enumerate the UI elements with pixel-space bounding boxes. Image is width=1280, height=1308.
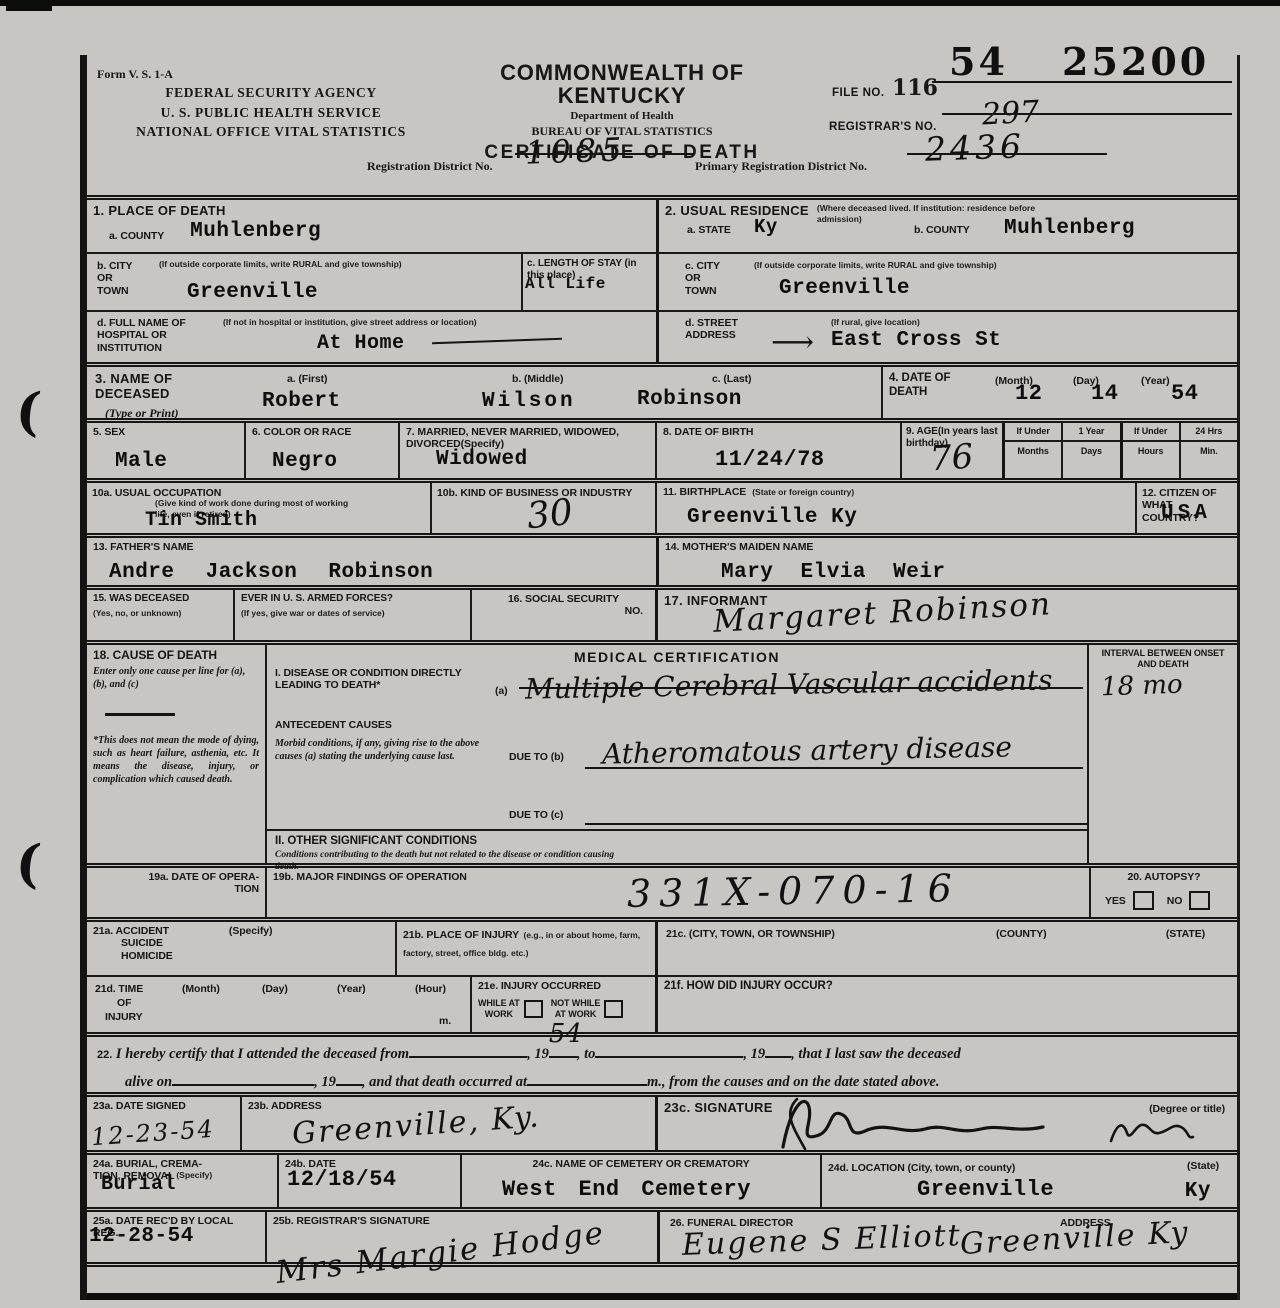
- sex-label: 5. SEX: [93, 426, 238, 438]
- registrar-check-mark: (: [13, 385, 43, 439]
- date-operation-label-l1: 19a. DATE OF OPERA-: [93, 871, 259, 883]
- not-while-at-work-l1: NOT WHILE: [551, 998, 601, 1009]
- cause-b-value: Atheromatous artery disease: [602, 733, 1012, 768]
- cause-b-line: [585, 767, 1083, 769]
- row-place-residence-top: 1. PLACE OF DEATH a. COUNTY Muhlenberg 2…: [87, 195, 1237, 252]
- funeral-director-value: Eugene S Elliott: [682, 1221, 963, 1261]
- ssn-label-l1: 16. SOCIAL SECURITY: [478, 593, 649, 605]
- first-name-value: Robert: [262, 391, 341, 412]
- interval-a-value: 18 mo: [1101, 672, 1184, 701]
- registration-district-label: Registration District No.: [367, 159, 493, 173]
- first-name-label: a. (First): [287, 373, 327, 385]
- injury-hour-label: (Hour): [415, 983, 446, 995]
- age-m1: Months: [1005, 442, 1061, 457]
- row-operation: 19a. DATE OF OPERA- TION 19b. MAJOR FIND…: [87, 863, 1237, 917]
- residence-county-label: b. COUNTY: [914, 224, 970, 236]
- accident-note: (Specify): [229, 925, 272, 937]
- row-physician: 23a. DATE SIGNED 12-23-54 23b. ADDRESS G…: [87, 1092, 1237, 1150]
- age-subcol-days: 1 Year Days: [1061, 423, 1119, 478]
- antecedent-note: Morbid conditions, if any, giving rise t…: [275, 737, 487, 763]
- injury-city-label: 21c. (CITY, TOWN, OR TOWNSHIP): [666, 928, 835, 940]
- major-findings-value: 331X-070-16: [627, 869, 960, 913]
- field-cemetery-location: 24d. LOCATION (City, town, or county) (S…: [820, 1155, 1237, 1207]
- disease-condition-label: I. DISEASE OR CONDITION DIRECTLY LEADING…: [275, 667, 490, 692]
- death-year-value: 54: [1171, 383, 1198, 405]
- injury-county-label: (COUNTY): [996, 928, 1047, 940]
- sex-value: Male: [115, 451, 167, 472]
- blank-line: [527, 1069, 647, 1086]
- date-of-birth-label: 8. DATE OF BIRTH: [663, 426, 894, 438]
- last-name-value: Robinson: [637, 389, 742, 410]
- field-armed-forces: EVER IN U. S. ARMED FORCES? (If yes, giv…: [233, 590, 470, 640]
- field-sex: 5. SEX Male: [87, 423, 244, 478]
- certificate-form: Form V. S. 1-A FEDERAL SECURITY AGENCY U…: [80, 55, 1240, 1300]
- age-subcol-months: If Under Months: [1005, 423, 1061, 478]
- field-kind-of-business: 10b. KIND OF BUSINESS OR INDUSTRY 30: [430, 483, 655, 533]
- age-subcol-hours: If Under Hours: [1120, 423, 1179, 478]
- field-death-city: b. CITY OR TOWN (If outside corporate li…: [87, 254, 521, 310]
- row-hospital-street: d. FULL NAME OF HOSPITAL OR INSTITUTION …: [87, 310, 1237, 362]
- field-cause-of-death-column: 18. CAUSE OF DEATH Enter only one cause …: [87, 645, 265, 863]
- residence-state-value: Ky: [754, 218, 778, 237]
- field-autopsy: 20. AUTOPSY? YES NO: [1089, 868, 1237, 917]
- divider-line: [105, 713, 175, 716]
- injury-day-label: (Day): [262, 983, 288, 995]
- residence-city-label: c. CITY OR TOWN: [685, 260, 729, 297]
- medical-certification-title: MEDICAL CERTIFICATION: [267, 649, 1087, 666]
- due-to-b-label: DUE TO (b): [509, 751, 564, 763]
- field-informant: 17. INFORMANT Margaret Robinson: [655, 590, 1237, 640]
- usual-residence-label: 2. USUAL RESIDENCE: [665, 203, 809, 224]
- injury-state-label: (STATE): [1166, 928, 1205, 940]
- name-label: 3. NAME OF DECEASED: [95, 371, 245, 402]
- form-header: Form V. S. 1-A FEDERAL SECURITY AGENCY U…: [87, 55, 1237, 195]
- birthplace-note: (State or foreign country): [752, 486, 854, 498]
- blank-line: [595, 1041, 743, 1058]
- agency-line-3: NATIONAL OFFICE VITAL STATISTICS: [101, 122, 441, 142]
- field-burial-date: 24b. DATE 12/18/54: [277, 1155, 460, 1207]
- blank-line: [336, 1069, 362, 1086]
- time-injury-label-l1: 21d. TIME: [95, 983, 143, 995]
- field-was-deceased: 15. WAS DECEASED (Yes, no, or unknown): [87, 590, 233, 640]
- field-date-of-birth: 8. DATE OF BIRTH 11/24/78: [655, 423, 900, 478]
- cause-a-tag: (a): [495, 685, 508, 697]
- cemetery-location-value: Greenville: [917, 1179, 1054, 1201]
- medical-certification-body: MEDICAL CERTIFICATION I. DISEASE OR COND…: [265, 645, 1087, 863]
- field-place-of-injury: 21b. PLACE OF INJURY (e.g., in or about …: [395, 922, 655, 975]
- hospital-value-line: [432, 338, 562, 345]
- field-place-of-death: 1. PLACE OF DEATH a. COUNTY Muhlenberg: [87, 200, 656, 252]
- statement-number: 22.: [97, 1049, 112, 1061]
- citizen-value: USA: [1161, 503, 1211, 524]
- field-date-received: 25a. DATE REC'D BY LOCAL REG. 12-28-54: [87, 1212, 265, 1262]
- department-line: Department of Health: [447, 110, 797, 123]
- hand-arrow: ⟶: [771, 328, 814, 358]
- residence-state-label: a. STATE: [687, 224, 731, 236]
- middle-name-value: Wilson: [482, 391, 576, 412]
- field-fathers-name: 13. FATHER'S NAME Andre Jackson Robinson: [87, 538, 656, 585]
- age-m3: Hours: [1123, 442, 1179, 457]
- injury-month-label: (Month): [182, 983, 220, 995]
- age-m4: Min.: [1181, 442, 1237, 457]
- registrar-no-line: [942, 113, 1232, 115]
- scan-blob-artifact: [6, 0, 52, 11]
- street-address-value: East Cross St: [831, 330, 1001, 351]
- accident-label-l1: 21a. ACCIDENT: [93, 925, 169, 937]
- scan-edge-artifact: [0, 0, 1280, 6]
- hospital-note: (If not in hospital or institution, give…: [223, 317, 623, 328]
- field-marital-status: 7. MARRIED, NEVER MARRIED, WIDOWED, DIVO…: [398, 423, 655, 478]
- not-while-at-work-checkbox: [604, 1000, 623, 1018]
- date-signed-value: 12-23-54: [90, 1117, 215, 1150]
- was-deceased-note: (Yes, no, or unknown): [93, 608, 227, 619]
- row-injury-bottom: 21d. TIME OF INJURY (Month) (Day) (Year)…: [87, 975, 1237, 1032]
- residence-city-value: Greenville: [779, 278, 910, 299]
- age-h1: If Under: [1005, 423, 1061, 442]
- field-registrar-signature: 25b. REGISTRAR'S SIGNATURE Mrs Margie Ho…: [265, 1212, 657, 1262]
- death-county-label: a. COUNTY: [109, 230, 164, 242]
- statement-part7: , 19: [314, 1074, 336, 1090]
- age-value: 76: [929, 440, 975, 477]
- row-injury-top: 21a. ACCIDENT (Specify) SUICIDE HOMICIDE…: [87, 917, 1237, 975]
- statement-part2: , 19: [527, 1046, 549, 1062]
- field-color-or-race: 6. COLOR OR RACE Negro: [244, 423, 398, 478]
- statement-part4: , 19: [743, 1046, 765, 1062]
- row-occupation-birthplace: 10a. USUAL OCCUPATION (Give kind of work…: [87, 478, 1237, 533]
- while-at-work-l1: WHILE AT: [478, 998, 520, 1009]
- bottom-edge-rule: [87, 1293, 1237, 1300]
- agency-line-2: U. S. PUBLIC HEALTH SERVICE: [101, 103, 441, 123]
- blank-line: 54: [549, 1041, 577, 1058]
- interval-column: INTERVAL BETWEEN ONSET AND DEATH 18 mo: [1087, 645, 1237, 863]
- registrar-check-mark: (: [13, 837, 43, 891]
- field-physician-address: 23b. ADDRESS Greenville, Ky.: [240, 1097, 655, 1150]
- injury-occurred-label: 21e. INJURY OCCURRED: [478, 980, 649, 992]
- date-of-birth-value: 11/24/78: [715, 449, 825, 471]
- degree-or-title-label: (Degree or title): [1149, 1103, 1225, 1115]
- field-usual-occupation: 10a. USUAL OCCUPATION (Give kind of work…: [87, 483, 430, 533]
- burial-note: (Specify): [176, 1170, 212, 1182]
- age-m2: Days: [1063, 442, 1119, 457]
- death-day-value: 14: [1091, 383, 1118, 405]
- cemetery-label: 24c. NAME OF CEMETERY OR CREMATORY: [468, 1158, 814, 1170]
- hand-year-54: 54: [549, 1021, 582, 1047]
- degree-scrawl: [1107, 1115, 1197, 1149]
- blank-line: [765, 1041, 791, 1058]
- mothers-name-label: 14. MOTHER'S MAIDEN NAME: [665, 541, 1231, 553]
- field-age: 9. AGE(In years last birthday) 76 If Und…: [900, 423, 1237, 478]
- date-received-value: 12-28-54: [89, 1226, 194, 1247]
- field-cemetery-name: 24c. NAME OF CEMETERY OR CREMATORY West …: [460, 1155, 820, 1207]
- row-city-stay: b. CITY OR TOWN (If outside corporate li…: [87, 252, 1237, 310]
- age-h4: 24 Hrs: [1181, 423, 1237, 442]
- autopsy-no-label: NO: [1167, 895, 1183, 907]
- burial-value: Burial: [101, 1175, 176, 1195]
- residence-city-note: (If outside corporate limits, write RURA…: [754, 260, 1194, 271]
- cemetery-state-value: Ky: [1185, 1181, 1211, 1202]
- field-date-of-death: 4. DATE OF DEATH (Month) 12 (Day) 14 (Ye…: [881, 367, 1237, 418]
- field-usual-residence: 2. USUAL RESIDENCE (Where deceased lived…: [656, 200, 1237, 252]
- was-deceased-label: 15. WAS DECEASED: [93, 593, 227, 605]
- row-forces-ssn-informant: 15. WAS DECEASED (Yes, no, or unknown) E…: [87, 585, 1237, 640]
- row-medical-certification: 18. CAUSE OF DEATH Enter only one cause …: [87, 640, 1237, 863]
- length-of-stay-value: All Life: [525, 276, 606, 292]
- field-funeral-director: 26. FUNERAL DIRECTOR ADDRESS Eugene S El…: [657, 1212, 1237, 1262]
- race-label: 6. COLOR OR RACE: [252, 426, 392, 438]
- field-physician-signature: 23c. SIGNATURE (Degree or title): [655, 1097, 1237, 1150]
- field-citizen-of: 12. CITIZEN OF WHAT COUNTRY? USA: [1135, 483, 1237, 533]
- ssn-label-l2: NO.: [478, 605, 649, 617]
- field-burial-type: 24a. BURIAL, CREMA- TION, REMOVAL (Speci…: [87, 1155, 277, 1207]
- date-of-death-label: 4. DATE OF DEATH: [889, 372, 951, 399]
- occupation-value: Tin Smith: [145, 511, 258, 531]
- armed-forces-label: EVER IN U. S. ARMED FORCES?: [241, 593, 464, 605]
- physician-signature-scrawl: [753, 1091, 1063, 1153]
- field-name-of-deceased: 3. NAME OF DECEASED (Type or Print) a. (…: [87, 367, 881, 418]
- agency-line-1: FEDERAL SECURITY AGENCY: [101, 83, 441, 103]
- field-time-of-injury: 21d. TIME OF INJURY (Month) (Day) (Year)…: [87, 977, 470, 1032]
- field-length-of-stay: c. LENGTH OF STAY (in this place) All Li…: [521, 254, 656, 310]
- row-burial: 24a. BURIAL, CREMA- TION, REMOVAL (Speci…: [87, 1150, 1237, 1207]
- cemetery-location-label: 24d. LOCATION (City, town, or county): [828, 1162, 1015, 1174]
- race-value: Negro: [272, 451, 338, 472]
- age-h3: If Under: [1123, 423, 1179, 442]
- hospital-value: At Home: [317, 334, 405, 354]
- stamp-serial-right: 25200: [1062, 43, 1209, 81]
- while-at-work-l2: WORK: [478, 1009, 520, 1020]
- registration-district-value: 1085: [524, 133, 626, 169]
- street-address-label: d. STREET ADDRESS: [685, 317, 747, 342]
- death-city-label: b. CITY OR TOWN: [97, 260, 143, 297]
- business-value: 30: [525, 495, 574, 536]
- burial-date-value: 12/18/54: [287, 1169, 397, 1191]
- primary-district-label: Primary Registration District No.: [695, 159, 867, 173]
- antecedent-label: ANTECEDENT CAUSES: [275, 719, 392, 731]
- registrar-no-label: REGISTRAR'S NO.: [829, 121, 937, 135]
- commonwealth-title: COMMONWEALTH OF KENTUCKY: [447, 61, 797, 107]
- field-social-security: 16. SOCIAL SECURITY NO.: [470, 590, 655, 640]
- marital-status-value: Widowed: [436, 449, 528, 470]
- death-city-value: Greenville: [187, 282, 318, 303]
- last-name-label: c. (Last): [712, 373, 751, 385]
- blank-line: [409, 1041, 527, 1058]
- place-of-death-label: 1. PLACE OF DEATH: [93, 203, 650, 218]
- statement-part8: , and that death occurred at: [362, 1074, 527, 1090]
- primary-district-value: 2436: [924, 129, 1025, 165]
- autopsy-label: 20. AUTOPSY?: [1097, 871, 1231, 883]
- armed-forces-note: (If yes, give war or dates of service): [241, 608, 464, 619]
- place-of-injury-label: 21b. PLACE OF INJURY: [403, 929, 519, 941]
- statement-part9: m., from the causes and on the date stat…: [647, 1074, 939, 1090]
- statement-part6: alive on: [97, 1074, 172, 1090]
- row-sex-race-marital-birth-age: 5. SEX Male 6. COLOR OR RACE Negro 7. MA…: [87, 418, 1237, 478]
- row-name-dateofdeath: 3. NAME OF DECEASED (Type or Print) a. (…: [87, 362, 1237, 418]
- field-how-injury-occurred: 21f. HOW DID INJURY OCCUR?: [655, 977, 1237, 1032]
- blank-line: [172, 1069, 314, 1086]
- time-injury-label-l3: INJURY: [105, 1011, 143, 1023]
- hospital-label: d. FULL NAME OF HOSPITAL OR INSTITUTION: [97, 317, 219, 354]
- issuing-agency-block: FEDERAL SECURITY AGENCY U. S. PUBLIC HEA…: [101, 83, 441, 142]
- field-certification: 22. I hereby certify that I attended the…: [87, 1037, 1237, 1092]
- birthplace-value: Greenville Ky: [687, 507, 857, 528]
- form-number: Form V. S. 1-A: [97, 67, 173, 81]
- autopsy-no-checkbox: [1189, 891, 1210, 910]
- stamp-serial-left: 54: [949, 43, 1008, 81]
- cause-of-death-label: 18. CAUSE OF DEATH: [93, 648, 259, 662]
- statement-part1: I hereby certify that I attended the dec…: [116, 1046, 409, 1062]
- cause-a-value: Multiple Cerebral Vascular accidents: [525, 666, 1053, 703]
- date-operation-label-l2: TION: [93, 883, 259, 895]
- injury-m-label: m.: [439, 1015, 451, 1027]
- mothers-name-value: Mary Elvia Weir: [721, 562, 946, 583]
- age-h2: 1 Year: [1063, 423, 1119, 442]
- field-date-of-operation: 19a. DATE OF OPERA- TION: [87, 868, 265, 917]
- registration-district-line: [515, 153, 695, 155]
- age-subcol-min: 24 Hrs Min.: [1179, 423, 1237, 478]
- death-month-value: 12: [1015, 383, 1042, 405]
- scanned-death-certificate: ( ( Form V. S. 1-A FEDERAL SECURITY AGEN…: [0, 0, 1280, 1308]
- row-parents: 13. FATHER'S NAME Andre Jackson Robinson…: [87, 533, 1237, 585]
- death-county-value: Muhlenberg: [190, 221, 321, 242]
- accident-label-l3: HOMICIDE: [93, 950, 389, 962]
- burial-label-l1: 24a. BURIAL, CREMA-: [93, 1158, 271, 1170]
- other-conditions-label: II. OTHER SIGNIFICANT CONDITIONS: [275, 835, 477, 849]
- other-conditions-divider: [267, 829, 1087, 831]
- time-injury-label-l2: OF: [117, 997, 131, 1009]
- row-registrar: 25a. DATE REC'D BY LOCAL REG. 12-28-54 2…: [87, 1207, 1237, 1262]
- residence-county-value: Muhlenberg: [1004, 218, 1135, 239]
- due-to-c-label: DUE TO (c): [509, 809, 563, 821]
- cemetery-state-label: (State): [1187, 1160, 1219, 1172]
- autopsy-yes-checkbox: [1133, 891, 1154, 910]
- cause-a-line: [519, 687, 1083, 689]
- field-injury-location: 21c. (CITY, TOWN, OR TOWNSHIP) (COUNTY) …: [655, 922, 1237, 975]
- accident-label-l2: SUICIDE: [93, 937, 389, 949]
- statement-part5: , that I last saw the deceased: [791, 1046, 961, 1062]
- birthplace-label: 11. BIRTHPLACE: [663, 486, 746, 498]
- fathers-name-label: 13. FATHER'S NAME: [93, 541, 650, 553]
- death-city-note: (If outside corporate limits, write RURA…: [159, 259, 507, 270]
- cause-of-death-footnote: *This does not mean the mode of dying, s…: [93, 734, 259, 786]
- autopsy-yes-label: YES: [1105, 895, 1126, 907]
- funeral-director-address-value: Greenville Ky: [959, 1218, 1190, 1260]
- cemetery-value: West End Cemetery: [502, 1179, 751, 1201]
- file-no-label: FILE NO.: [832, 87, 885, 101]
- field-major-findings: 19b. MAJOR FINDINGS OF OPERATION 331X-07…: [265, 868, 1089, 917]
- cause-c-line: [585, 823, 1087, 825]
- date-signed-label: 23a. DATE SIGNED: [93, 1100, 234, 1112]
- how-injury-label: 21f. HOW DID INJURY OCCUR?: [664, 980, 1231, 994]
- field-accident-suicide-homicide: 21a. ACCIDENT (Specify) SUICIDE HOMICIDE: [87, 922, 395, 975]
- primary-district-line: [907, 153, 1107, 155]
- death-year-label: (Year): [1141, 375, 1170, 387]
- cause-of-death-note: Enter only one cause per line for (a), (…: [93, 665, 259, 691]
- field-mothers-name: 14. MOTHER'S MAIDEN NAME Mary Elvia Weir: [656, 538, 1237, 585]
- field-hospital-name: d. FULL NAME OF HOSPITAL OR INSTITUTION …: [87, 312, 656, 362]
- interval-label: INTERVAL BETWEEN ONSET AND DEATH: [1095, 648, 1231, 669]
- row-certification-statement: 22. I hereby certify that I attended the…: [87, 1032, 1237, 1092]
- field-birthplace: 11. BIRTHPLACE (State or foreign country…: [655, 483, 1135, 533]
- field-date-signed: 23a. DATE SIGNED 12-23-54: [87, 1097, 240, 1150]
- while-at-work-checkbox: [524, 1000, 543, 1018]
- fathers-name-value: Andre Jackson Robinson: [109, 562, 433, 583]
- middle-name-label: b. (Middle): [512, 373, 563, 385]
- injury-year-label: (Year): [337, 983, 366, 995]
- file-no-line: [932, 81, 1232, 83]
- field-residence-city: c. CITY OR TOWN (If outside corporate li…: [656, 254, 1237, 310]
- bottom-margin-strip: [87, 1262, 1237, 1293]
- field-street-address: d. STREET ADDRESS (If rural, give locati…: [656, 312, 1237, 362]
- not-while-at-work-l2: AT WORK: [551, 1009, 601, 1020]
- street-address-note: (If rural, give location): [831, 317, 920, 328]
